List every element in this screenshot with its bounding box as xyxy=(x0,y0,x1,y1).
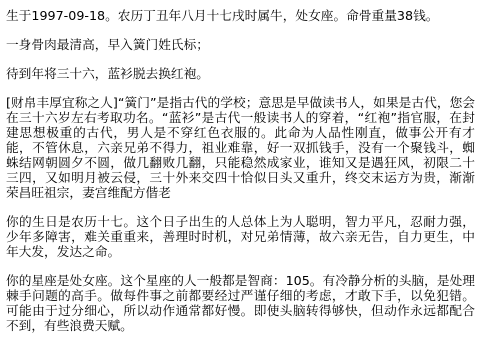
page: 生于1997-09-18。农历丁丑年八月十七戌时属牛，处女座。命骨重量38钱。 … xyxy=(0,0,480,363)
paragraph-verse-line-2: 待到年将三十六，蓝衫脱去换红袍。 xyxy=(6,66,475,81)
paragraph-birthday-analysis: 你的生日是农历十七。这个日子出生的人总体上为人聪明，智力平凡，忍耐力强，少年多障… xyxy=(6,214,475,259)
document-body: 生于1997-09-18。农历丁丑年八月十七戌时属牛，处女座。命骨重量38钱。 … xyxy=(0,0,480,333)
paragraph-wealth-commentary: [财帛丰厚宜称之人]“簧门”是指古代的学校；意思是早做读书人，如果是古代，您会在… xyxy=(6,95,475,200)
paragraph-birth-summary: 生于1997-09-18。农历丁丑年八月十七戌时属牛，处女座。命骨重量38钱。 xyxy=(6,8,475,23)
paragraph-verse-line-1: 一身骨肉最清高，早入簧门姓氏标； xyxy=(6,37,475,52)
paragraph-constellation-analysis: 你的星座是处女座。这个星座的人一般都是智商：105。有冷静分析的头脑，是处理棘手… xyxy=(6,273,475,333)
